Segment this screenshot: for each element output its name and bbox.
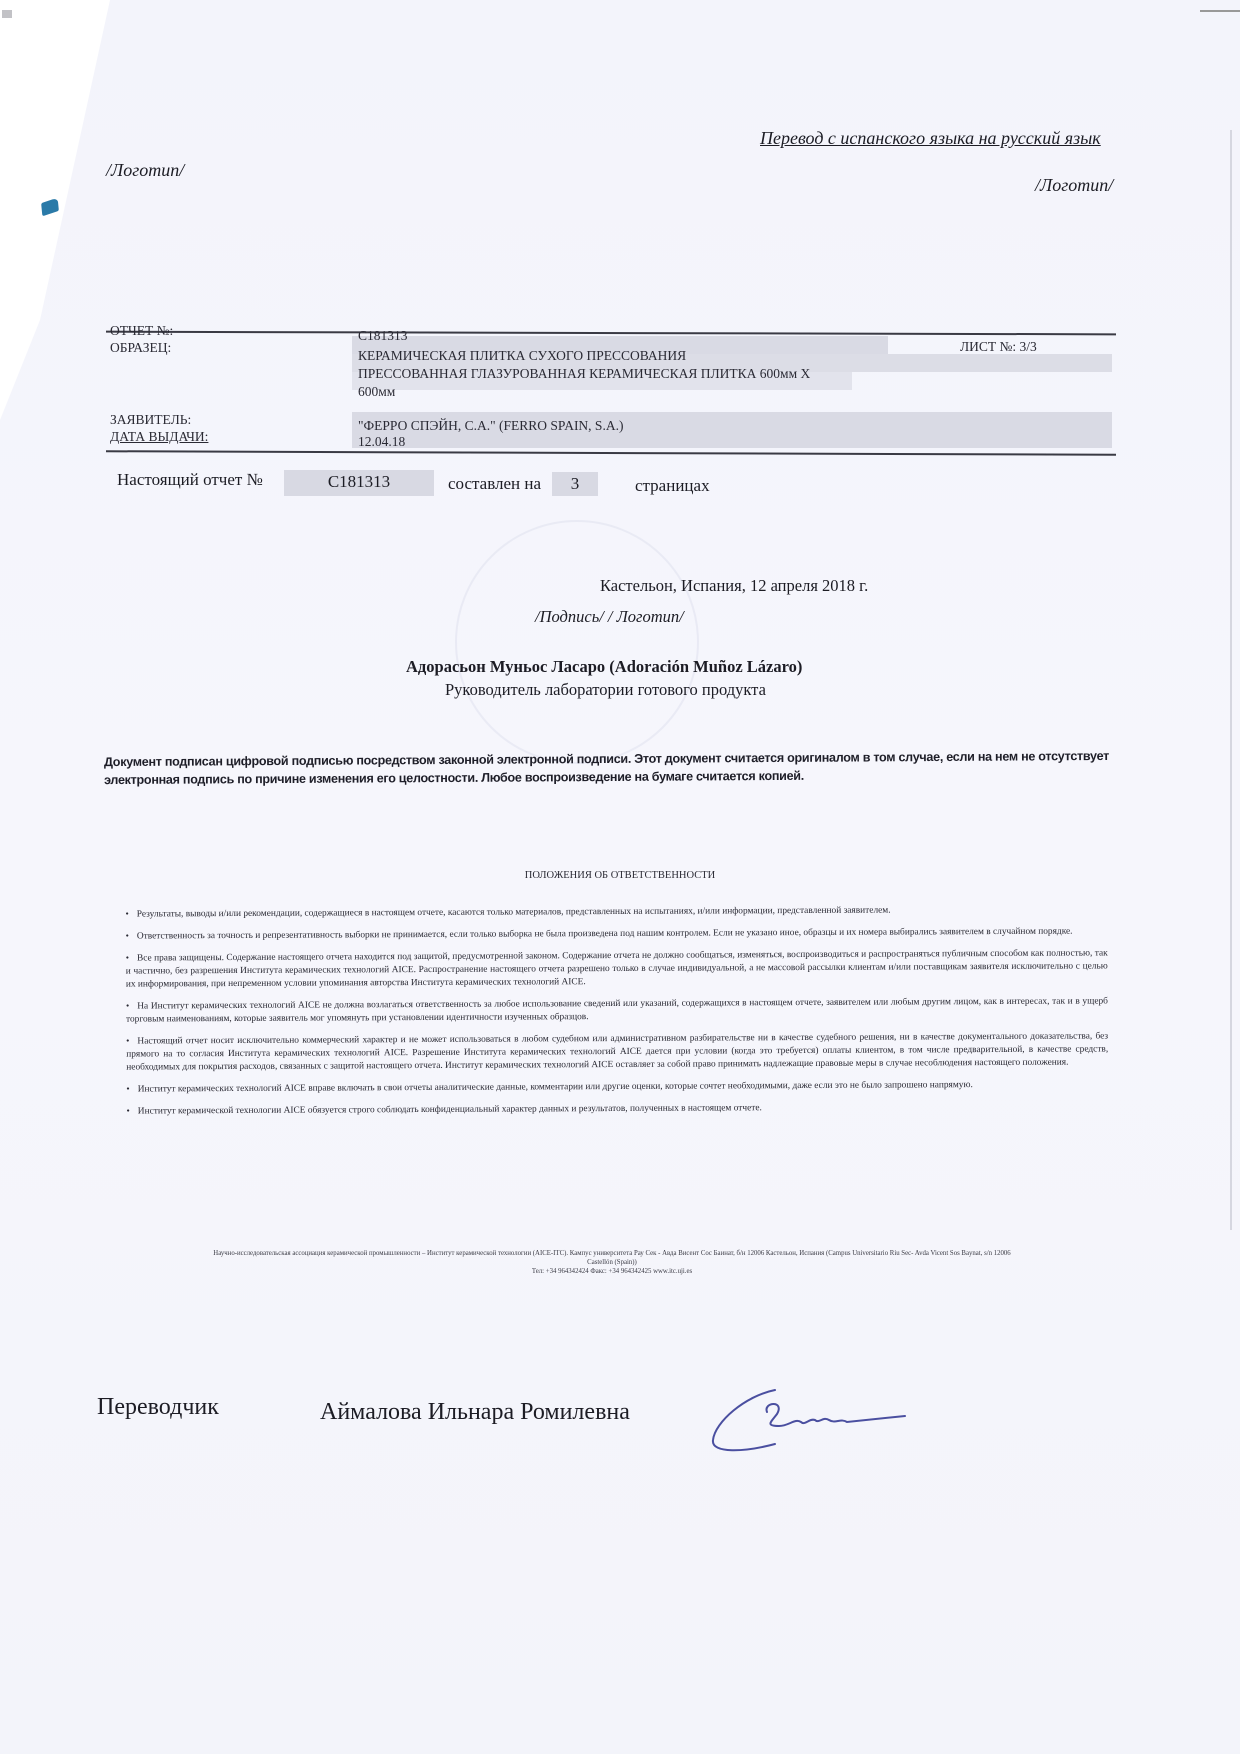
issue-date-label: ДАТА ВЫДАЧИ:	[110, 429, 208, 445]
page-count-suffix: страницах	[635, 476, 710, 496]
page-count-middle: составлен на	[448, 474, 541, 494]
scan-artifact	[2, 10, 12, 18]
disclaimers-title: ПОЛОЖЕНИЯ ОБ ОТВЕТСТВЕННОСТИ	[0, 870, 1240, 881]
page-count-report-no: C181313	[284, 470, 434, 496]
institute-footer: Научно-исследовательская ассоциация кера…	[112, 1249, 1112, 1276]
translator-name: Аймалова Ильнара Ромилевна	[320, 1399, 630, 1426]
disclaimer-item: •Ответственность за точность и репрезент…	[126, 925, 1108, 943]
bullet-icon: •	[126, 1002, 129, 1012]
digital-signature-notice: Документ подписан цифровой подписью поср…	[104, 747, 1114, 789]
page-edge	[1230, 130, 1232, 1230]
disclaimer-item: •На Институт керамических технологий AIC…	[126, 995, 1108, 1026]
applicant-value: "ФЕРРО СПЭЙН, С.А." (FERRO SPAIN, S.A.)	[358, 418, 623, 434]
disclaimer-item: •Институт керамических технологий AICE в…	[126, 1078, 1108, 1096]
logo-placeholder-left: /Логотип/	[106, 160, 184, 181]
disclaimer-item: •Все права защищены. Содержание настояще…	[126, 947, 1108, 991]
disclaimer-item: •Результаты, выводы и/или рекомендации, …	[125, 903, 1107, 921]
footer-line-3: Тел: +34 964342424 Факс: +34 964342425 w…	[112, 1267, 1112, 1276]
report-no-value: C181313	[358, 328, 408, 344]
watermark-seal	[455, 520, 699, 764]
footer-line-2: Castellón (Spain))	[112, 1258, 1112, 1267]
issue-date-value: 12.04.18	[358, 434, 405, 450]
sample-label: ОБРАЗЕЦ:	[110, 340, 171, 356]
signer-name: Адорасьон Муньос Ласаро (Adoración Muñoz…	[406, 657, 802, 677]
bullet-icon: •	[126, 954, 129, 964]
place-date: Кастельон, Испания, 12 апреля 2018 г.	[600, 576, 868, 596]
translation-note: Перевод с испанского языка на русский яз…	[760, 128, 1101, 149]
signature-note: /Подпись/ / Логотип/	[535, 607, 684, 627]
footer-line-1: Научно-исследовательская ассоциация кера…	[112, 1249, 1112, 1258]
signer-title: Руководитель лаборатории готового продук…	[445, 680, 766, 700]
bullet-icon: •	[126, 1085, 129, 1095]
report-no-label: ОТЧЕТ №:	[110, 323, 173, 339]
disclaimers-list: •Результаты, выводы и/или рекомендации, …	[125, 903, 1108, 1127]
sheet-number: ЛИСТ №: 3/3	[960, 339, 1037, 355]
logo-placeholder-right: /Логотип/	[1035, 175, 1113, 196]
translator-signature-icon	[705, 1382, 965, 1462]
applicant-label: ЗАЯВИТЕЛЬ:	[110, 412, 191, 428]
bullet-icon: •	[126, 1037, 129, 1047]
page-count-pages: 3	[552, 472, 598, 496]
sample-line-3: 600мм	[358, 384, 395, 400]
table-top-rule	[106, 331, 1116, 336]
bullet-icon: •	[125, 910, 128, 920]
page-edge-top	[1200, 10, 1240, 12]
bullet-icon: •	[126, 932, 129, 942]
bullet-icon: •	[126, 1107, 129, 1117]
disclaimer-item: •Институт керамической технологии AICE о…	[126, 1100, 1108, 1118]
sample-line-1: КЕРАМИЧЕСКАЯ ПЛИТКА СУХОГО ПРЕССОВАНИЯ	[358, 348, 686, 364]
translator-label: Переводчик	[97, 1394, 219, 1421]
sample-line-2: ПРЕССОВАННАЯ ГЛАЗУРОВАННАЯ КЕРАМИЧЕСКАЯ …	[358, 366, 810, 382]
disclaimer-item: •Настоящий отчет носит исключительно ком…	[126, 1030, 1108, 1074]
page-count-prefix: Настоящий отчет №	[117, 470, 263, 490]
document-page: Перевод с испанского языка на русский яз…	[0, 0, 1240, 1754]
table-bottom-rule	[106, 450, 1116, 455]
